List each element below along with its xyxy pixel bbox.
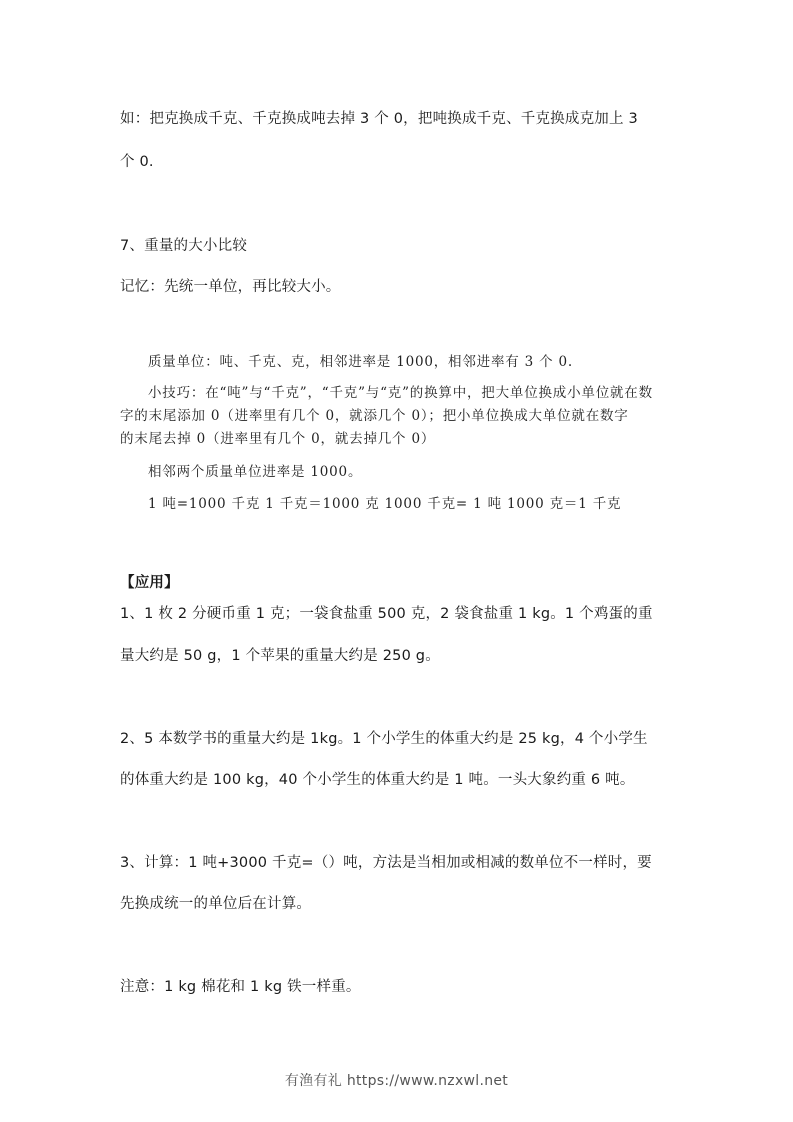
- tip-line-3: 的末尾去掉 0（进率里有几个 0，就去掉几个 0）: [120, 427, 435, 447]
- note-line: 注意：1 kg 棉花和 1 kg 铁一样重。: [120, 975, 361, 996]
- tip-line-2: 字的末尾添加 0（进率里有几个 0，就添几个 0）；把小单位换成大单位就在数字: [120, 404, 629, 424]
- section-7-memory: 记忆：先统一单位，再比较大小。: [120, 275, 341, 296]
- units-line: 质量单位：吨、千克、克，相邻进率是 1000，相邻进率有 3 个 0.: [148, 350, 573, 370]
- conversion-tip-line-1: 如：把克换成千克、千克换成吨去掉 3 个 0，把吨换成千克、千克换成克加上 3: [120, 107, 638, 128]
- tip-line-1: 小技巧：在“吨”与“千克”，“千克”与“克”的换算中，把大单位换成小单位就在数: [148, 381, 653, 401]
- application-item-2-line-1: 2、5 本数学书的重量大约是 1kg。1 个小学生的体重大约是 25 kg，4 …: [120, 727, 648, 748]
- rate-line: 相邻两个质量单位进率是 1000。: [148, 460, 362, 480]
- application-item-1-line-2: 量大约是 50 g，1 个苹果的重量大约是 250 g。: [120, 644, 440, 665]
- section-7-title: 7、重量的大小比较: [120, 234, 247, 255]
- application-item-2-line-2: 的体重大约是 100 kg，40 个小学生的体重大约是 1 吨。一头大象约重 6…: [120, 768, 635, 789]
- footer-watermark: 有渔有礼 https://www.nzxwl.net: [0, 1070, 793, 1090]
- application-heading: 【应用】: [120, 571, 179, 592]
- application-item-3-line-2: 先换成统一的单位后在计算。: [120, 892, 311, 913]
- conversion-tip-line-2: 个 0.: [120, 150, 154, 171]
- application-item-1-line-1: 1、1 枚 2 分硬币重 1 克；一袋食盐重 500 克，2 袋食盐重 1 kg…: [120, 602, 653, 623]
- equations-line: 1 吨=1000 千克 1 千克＝1000 克 1000 千克= 1 吨 100…: [148, 492, 621, 512]
- application-item-3-line-1: 3、计算：1 吨+3000 千克=（）吨，方法是当相加或相减的数单位不一样时，要: [120, 851, 652, 872]
